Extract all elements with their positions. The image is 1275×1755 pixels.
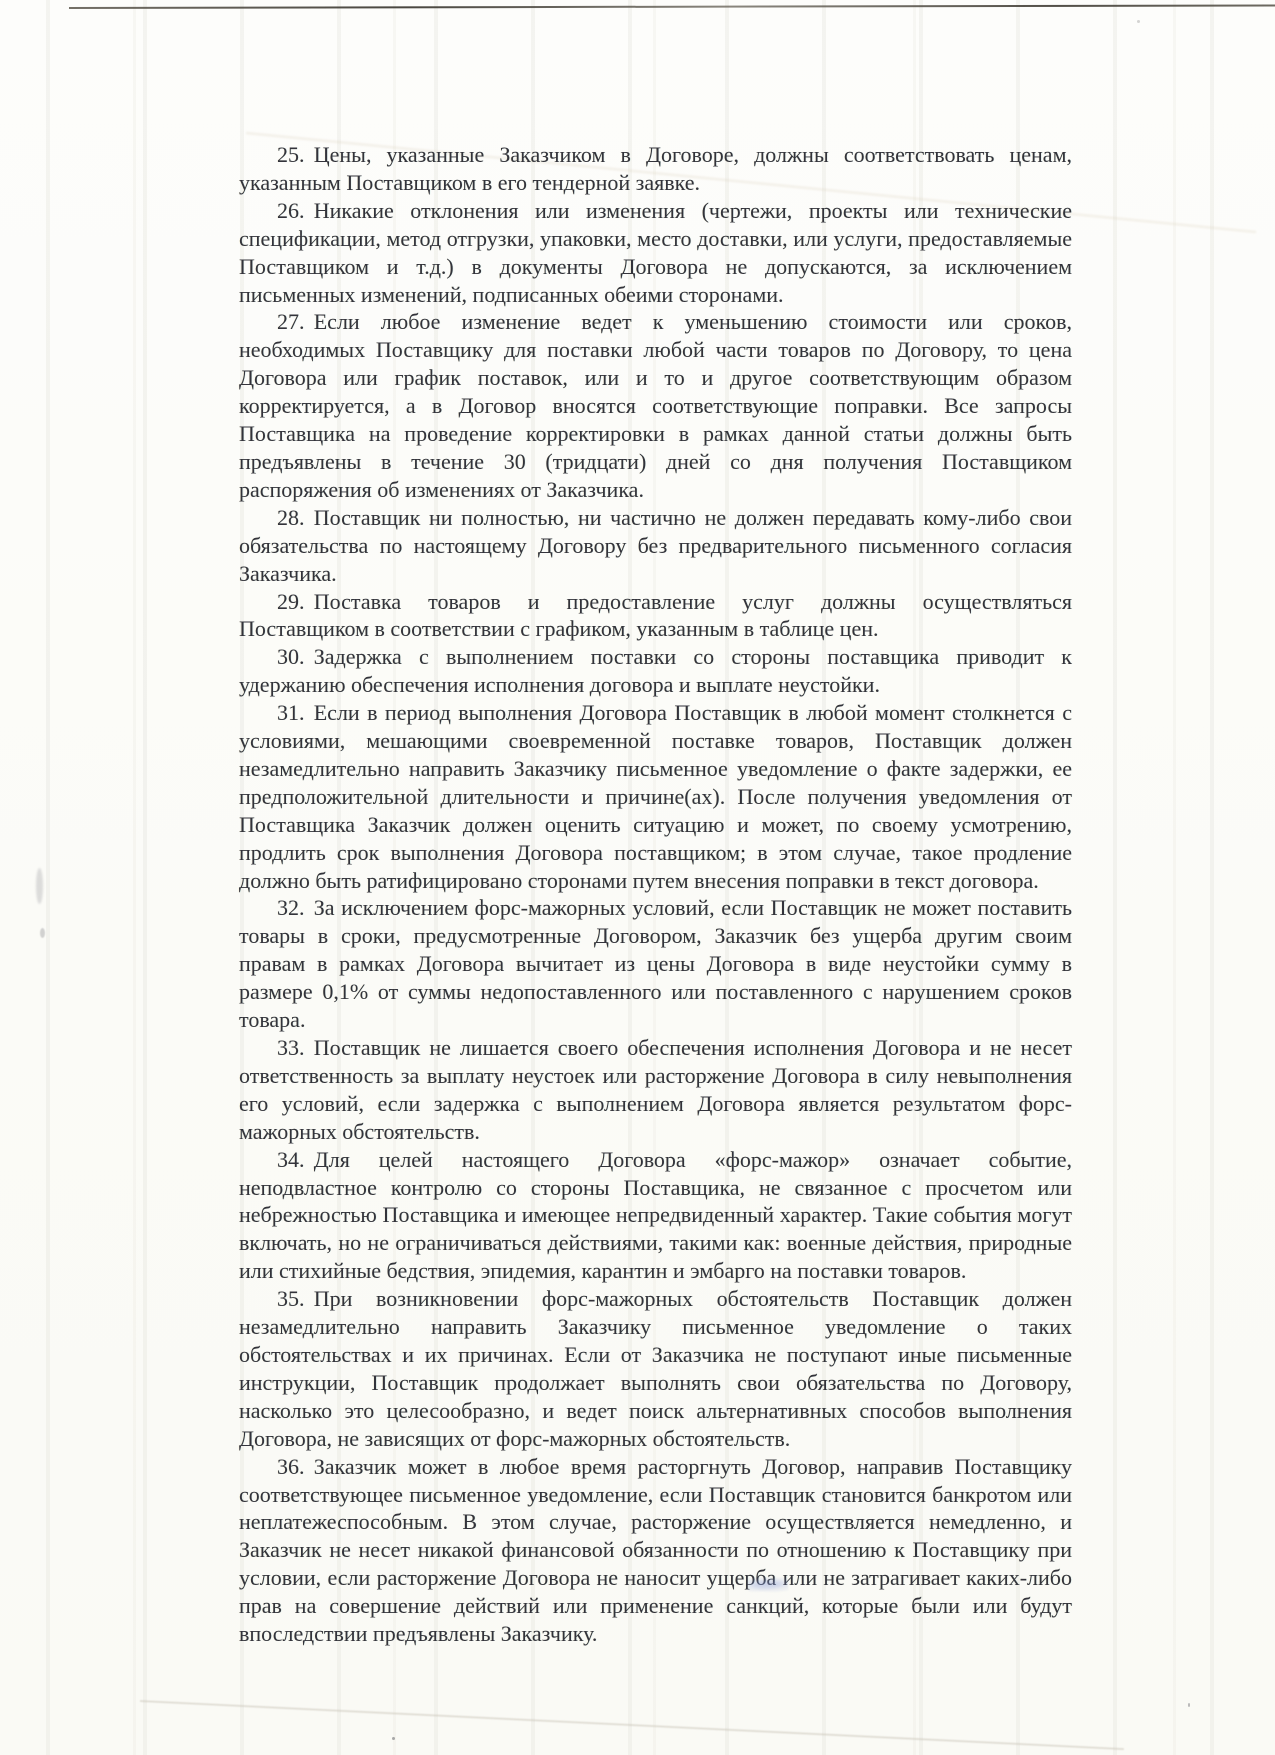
paper-crease-bottom [140, 1700, 1124, 1750]
paragraph-text: Поставщик ни полностью, ни частично не д… [239, 505, 1072, 586]
contract-paragraph-26: 26.Никакие отклонения или изменения (чер… [239, 197, 1072, 309]
faint-ink-ghost-mark [747, 1575, 788, 1595]
scanned-contract-page: { "document": { "language": "ru", "kind"… [0, 0, 1275, 1755]
contract-paragraph-36: 36.Заказчик может в любое время расторгн… [239, 1453, 1072, 1648]
paragraph-number: 34. [277, 1147, 305, 1172]
paragraph-number: 35. [277, 1286, 305, 1311]
paragraph-text: При возникновении форс-мажорных обстояте… [239, 1286, 1072, 1451]
paragraph-number: 25. [277, 142, 305, 167]
paragraph-number: 30. [277, 644, 305, 669]
paragraph-text: Если в период выполнения Договора Постав… [239, 700, 1072, 892]
paragraph-number: 32. [277, 895, 305, 920]
contract-paragraph-32: 32.За исключением форс-мажорных условий,… [239, 894, 1072, 1034]
paragraph-number: 28. [277, 505, 305, 530]
paragraph-text: Задержка с выполнением поставки со сторо… [239, 644, 1072, 697]
paragraph-text: Поставщик не лишается своего обеспечения… [239, 1035, 1072, 1144]
contract-paragraph-31: 31.Если в период выполнения Договора Пос… [239, 699, 1072, 894]
contract-text-block: 25.Цены, указанные Заказчиком в Договоре… [239, 141, 1072, 1648]
contract-paragraph-33: 33.Поставщик не лишается своего обеспече… [239, 1034, 1072, 1146]
contract-paragraph-30: 30.Задержка с выполнением поставки со ст… [239, 643, 1072, 699]
contract-paragraph-28: 28.Поставщик ни полностью, ни частично н… [239, 504, 1072, 588]
paragraph-number: 31. [277, 700, 305, 725]
dust-speck [1188, 1703, 1190, 1707]
dust-speck [1137, 20, 1140, 23]
paragraph-text: Для целей настоящего Договора «форс-мажо… [239, 1147, 1072, 1284]
paragraph-text: Поставка товаров и предоставление услуг … [239, 589, 1072, 642]
paragraph-number: 29. [277, 589, 305, 614]
paragraph-text: За исключением форс-мажорных условий, ес… [239, 895, 1072, 1032]
paragraph-text: Заказчик может в любое время расторгнуть… [239, 1454, 1072, 1646]
margin-ink-smudge [36, 868, 43, 904]
scan-edge-line [69, 4, 1275, 9]
paragraph-text: Если любое изменение ведет к уменьшению … [239, 309, 1072, 501]
paragraph-text: Никакие отклонения или изменения (чертеж… [239, 198, 1072, 307]
paragraph-number: 33. [277, 1035, 305, 1060]
contract-paragraph-25: 25.Цены, указанные Заказчиком в Договоре… [239, 141, 1072, 197]
contract-paragraph-27: 27.Если любое изменение ведет к уменьшен… [239, 308, 1072, 503]
contract-paragraph-35: 35.При возникновении форс-мажорных обсто… [239, 1285, 1072, 1452]
paragraph-number: 36. [277, 1454, 305, 1479]
paragraph-number: 26. [277, 198, 305, 223]
contract-paragraph-34: 34.Для целей настоящего Договора «форс-м… [239, 1146, 1072, 1286]
contract-paragraph-29: 29.Поставка товаров и предоставление усл… [239, 588, 1072, 644]
paragraph-number: 27. [277, 309, 305, 334]
dust-speck [392, 1737, 395, 1740]
paragraph-text: Цены, указанные Заказчиком в Договоре, д… [239, 142, 1072, 195]
margin-ink-speck [40, 928, 45, 938]
